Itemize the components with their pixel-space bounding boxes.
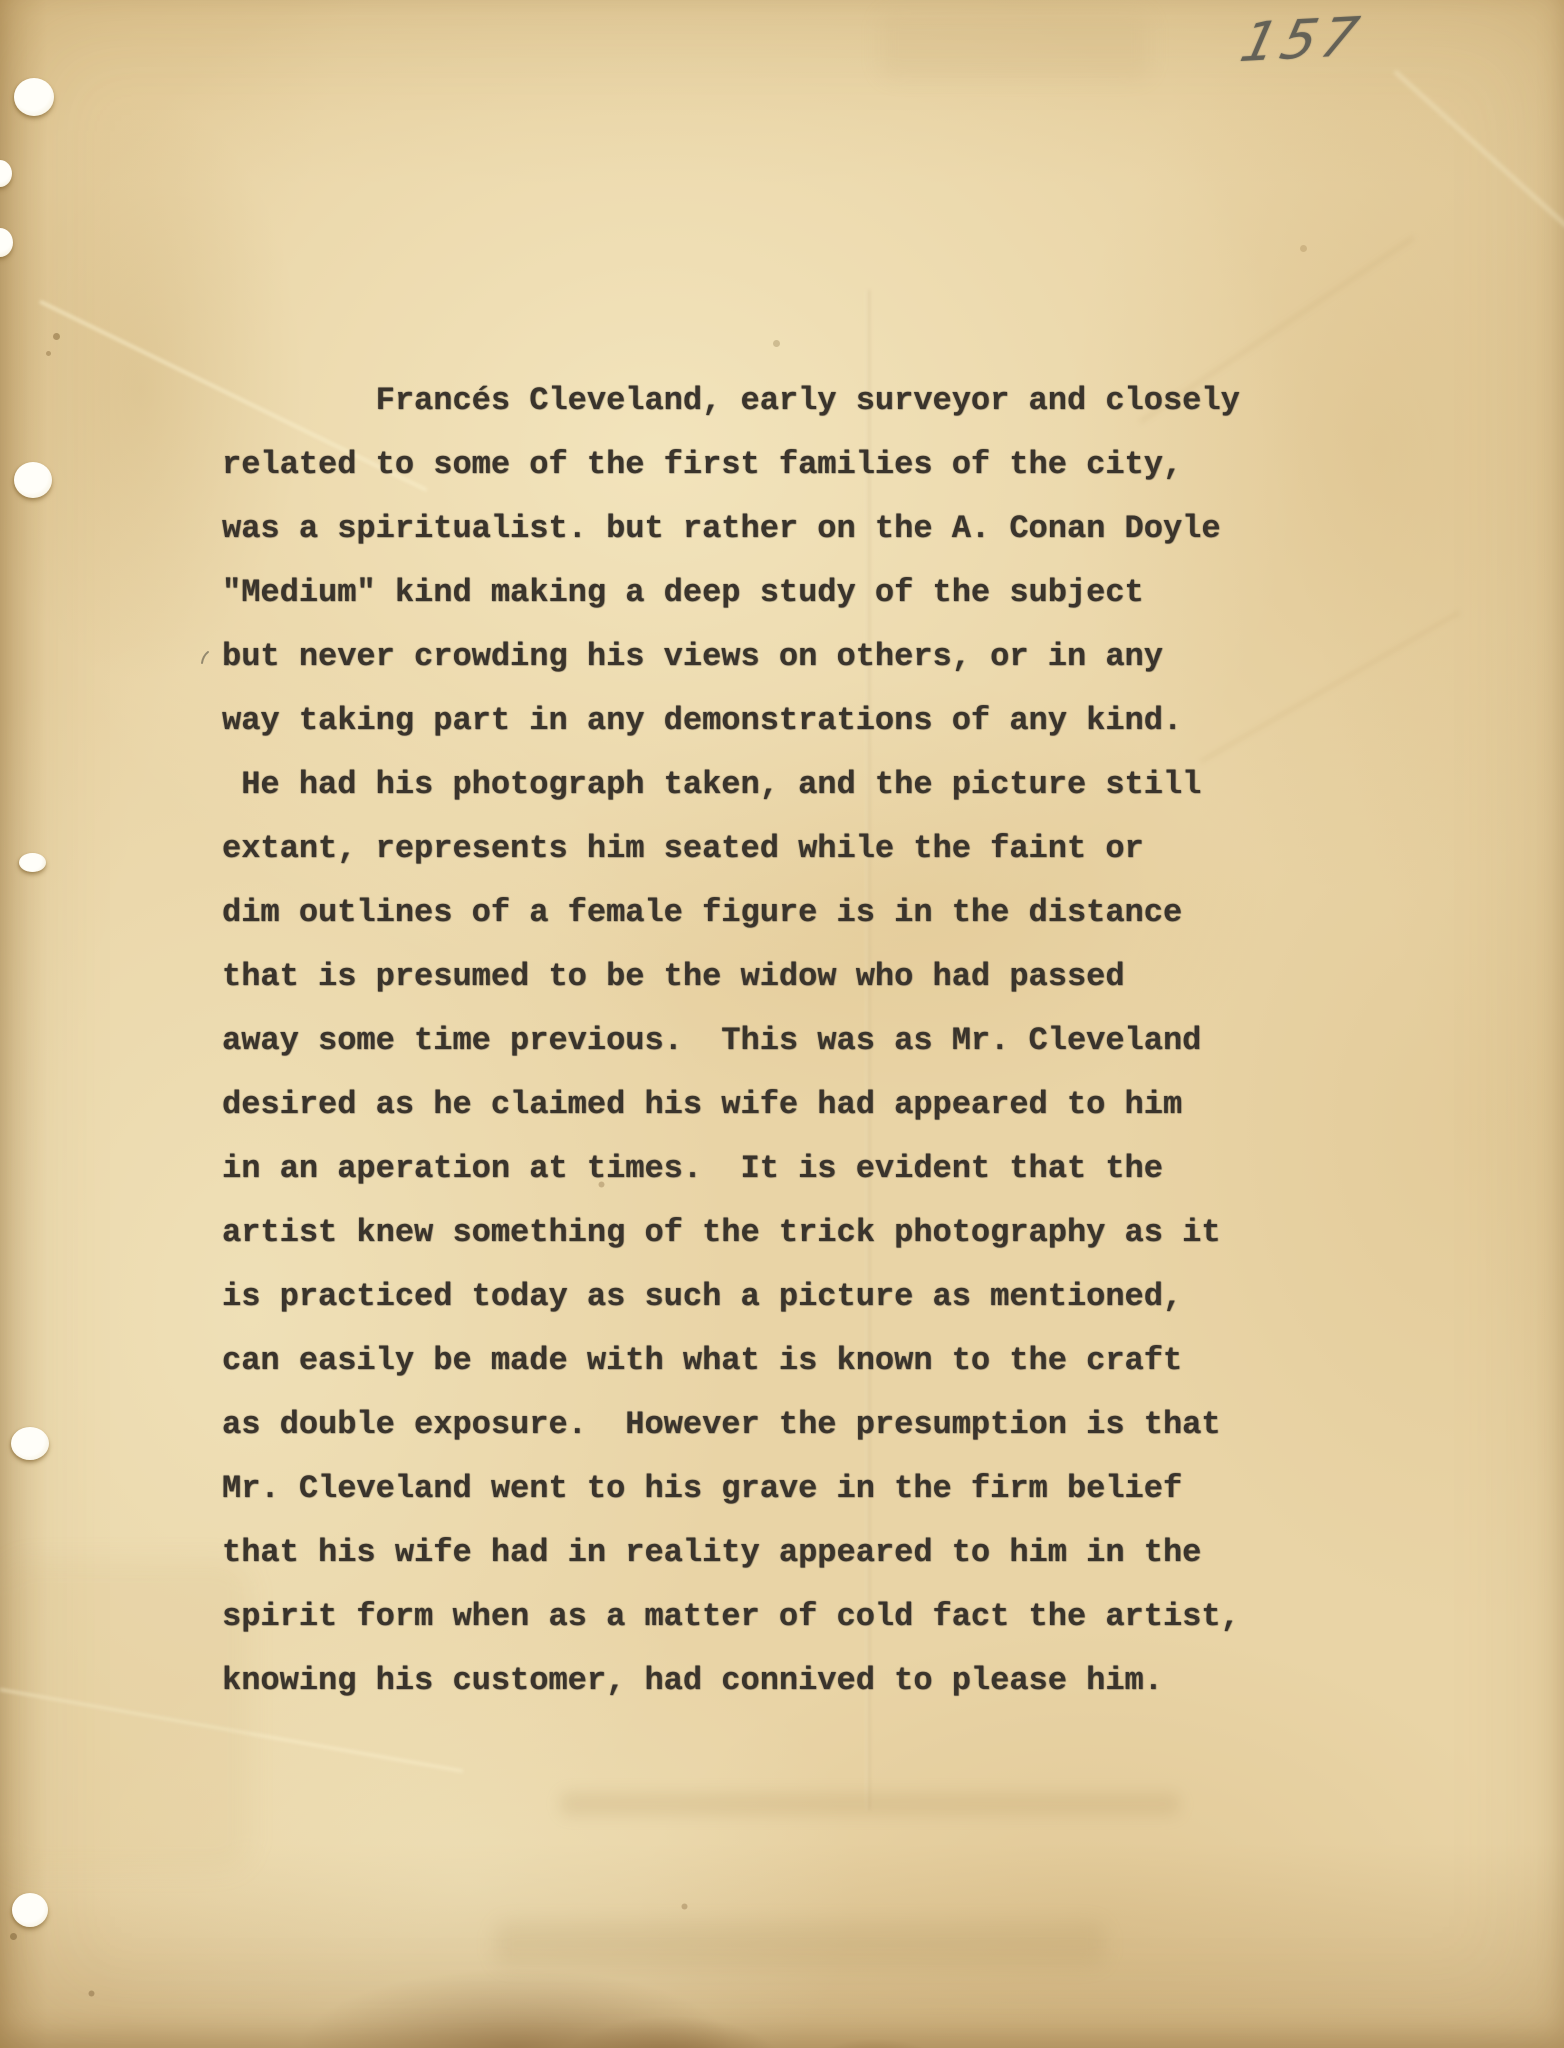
typewritten-line: Mr. Cleveland went to his grave in the f… xyxy=(222,1457,1322,1521)
page-number-handwritten: 157 xyxy=(1235,5,1369,74)
typewritten-line: away some time previous. This was as Mr.… xyxy=(222,1009,1322,1073)
typewritten-line: can easily be made with what is known to… xyxy=(222,1329,1322,1393)
typewritten-line: dim outlines of a female figure is in th… xyxy=(222,881,1322,945)
typewritten-text-block: Francés Cleveland, early surveyor and cl… xyxy=(222,369,1322,1713)
punch-hole xyxy=(19,853,46,872)
diagonal-crease xyxy=(1394,70,1564,233)
typewritten-line: spirit form when as a matter of cold fac… xyxy=(222,1585,1322,1649)
punch-hole xyxy=(0,160,12,187)
typewritten-line: that is presumed to be the widow who had… xyxy=(222,945,1322,1009)
bleed-through-smudge xyxy=(560,1792,1180,1816)
pencil-tick-mark xyxy=(199,650,211,666)
typewritten-line: related to some of the first families of… xyxy=(222,433,1322,497)
punch-hole xyxy=(11,1427,49,1460)
typewritten-line: extant, represents him seated while the … xyxy=(222,817,1322,881)
typewritten-line: way taking part in any demonstrations of… xyxy=(222,689,1322,753)
bleed-through-smudge xyxy=(880,12,1150,78)
punch-hole xyxy=(14,78,54,116)
bleed-through-smudge xyxy=(0,1560,250,1870)
typewritten-line: desired as he claimed his wife had appea… xyxy=(222,1073,1322,1137)
paper-specks xyxy=(0,0,3,3)
typewritten-line: "Medium" kind making a deep study of the… xyxy=(222,561,1322,625)
typewritten-line: was a spiritualist. but rather on the A.… xyxy=(222,497,1322,561)
typewritten-line: that his wife had in reality appeared to… xyxy=(222,1521,1322,1585)
typewritten-line: is practiced today as such a picture as … xyxy=(222,1265,1322,1329)
scrapbook-page: 157 Francés Cleveland, early surveyor an… xyxy=(0,0,1564,2048)
typewritten-line: He had his photograph taken, and the pic… xyxy=(222,753,1322,817)
typewritten-line: knowing his customer, had connived to pl… xyxy=(222,1649,1322,1713)
punch-hole xyxy=(12,1893,48,1927)
typewritten-line: as double exposure. However the presumpt… xyxy=(222,1393,1322,1457)
bleed-through-smudge xyxy=(495,1922,1105,1966)
typewritten-line: artist knew something of the trick photo… xyxy=(222,1201,1322,1265)
typewritten-line: Francés Cleveland, early surveyor and cl… xyxy=(222,369,1322,433)
typewritten-line: but never crowding his views on others, … xyxy=(222,625,1322,689)
punch-hole xyxy=(0,228,13,257)
typewritten-line: in an aperation at times. It is evident … xyxy=(222,1137,1322,1201)
punch-hole xyxy=(14,462,52,498)
